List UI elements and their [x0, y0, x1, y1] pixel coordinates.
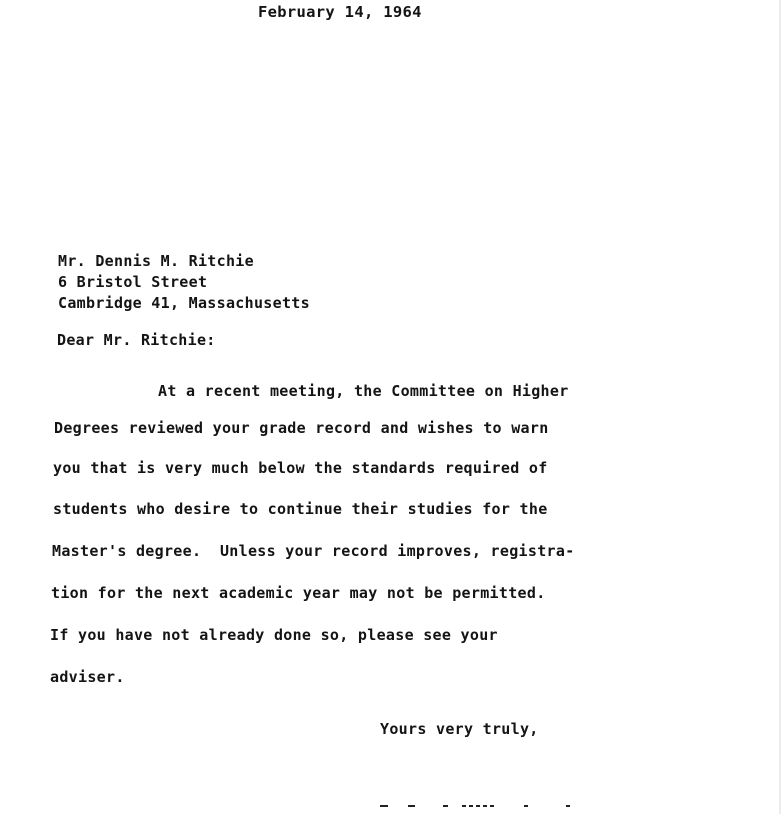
signature-mark: [380, 805, 388, 807]
body-line: students who desire to continue their st…: [53, 500, 548, 518]
signature-mark: [566, 805, 570, 807]
recipient-street: 6 Bristol Street: [58, 273, 207, 291]
body-line: tion for the next academic year may not …: [51, 584, 546, 602]
body-line: If you have not already done so, please …: [50, 626, 498, 644]
recipient-city: Cambridge 41, Massachusetts: [58, 294, 310, 312]
salutation: Dear Mr. Ritchie:: [57, 331, 216, 349]
letter-date: February 14, 1964: [258, 3, 422, 21]
recipient-name: Mr. Dennis M. Ritchie: [58, 252, 254, 270]
body-line: At a recent meeting, the Committee on Hi…: [158, 382, 569, 400]
signature-mark: [408, 805, 415, 807]
body-line: adviser.: [50, 668, 125, 686]
closing: Yours very truly,: [380, 720, 539, 738]
signature-mark: [443, 805, 448, 807]
body-line: Degrees reviewed your grade record and w…: [54, 419, 549, 437]
body-line: Master's degree. Unless your record impr…: [52, 542, 575, 560]
body-line: you that is very much below the standard…: [53, 459, 548, 477]
signature-mark: [524, 805, 528, 807]
signature-mark: [462, 805, 496, 807]
